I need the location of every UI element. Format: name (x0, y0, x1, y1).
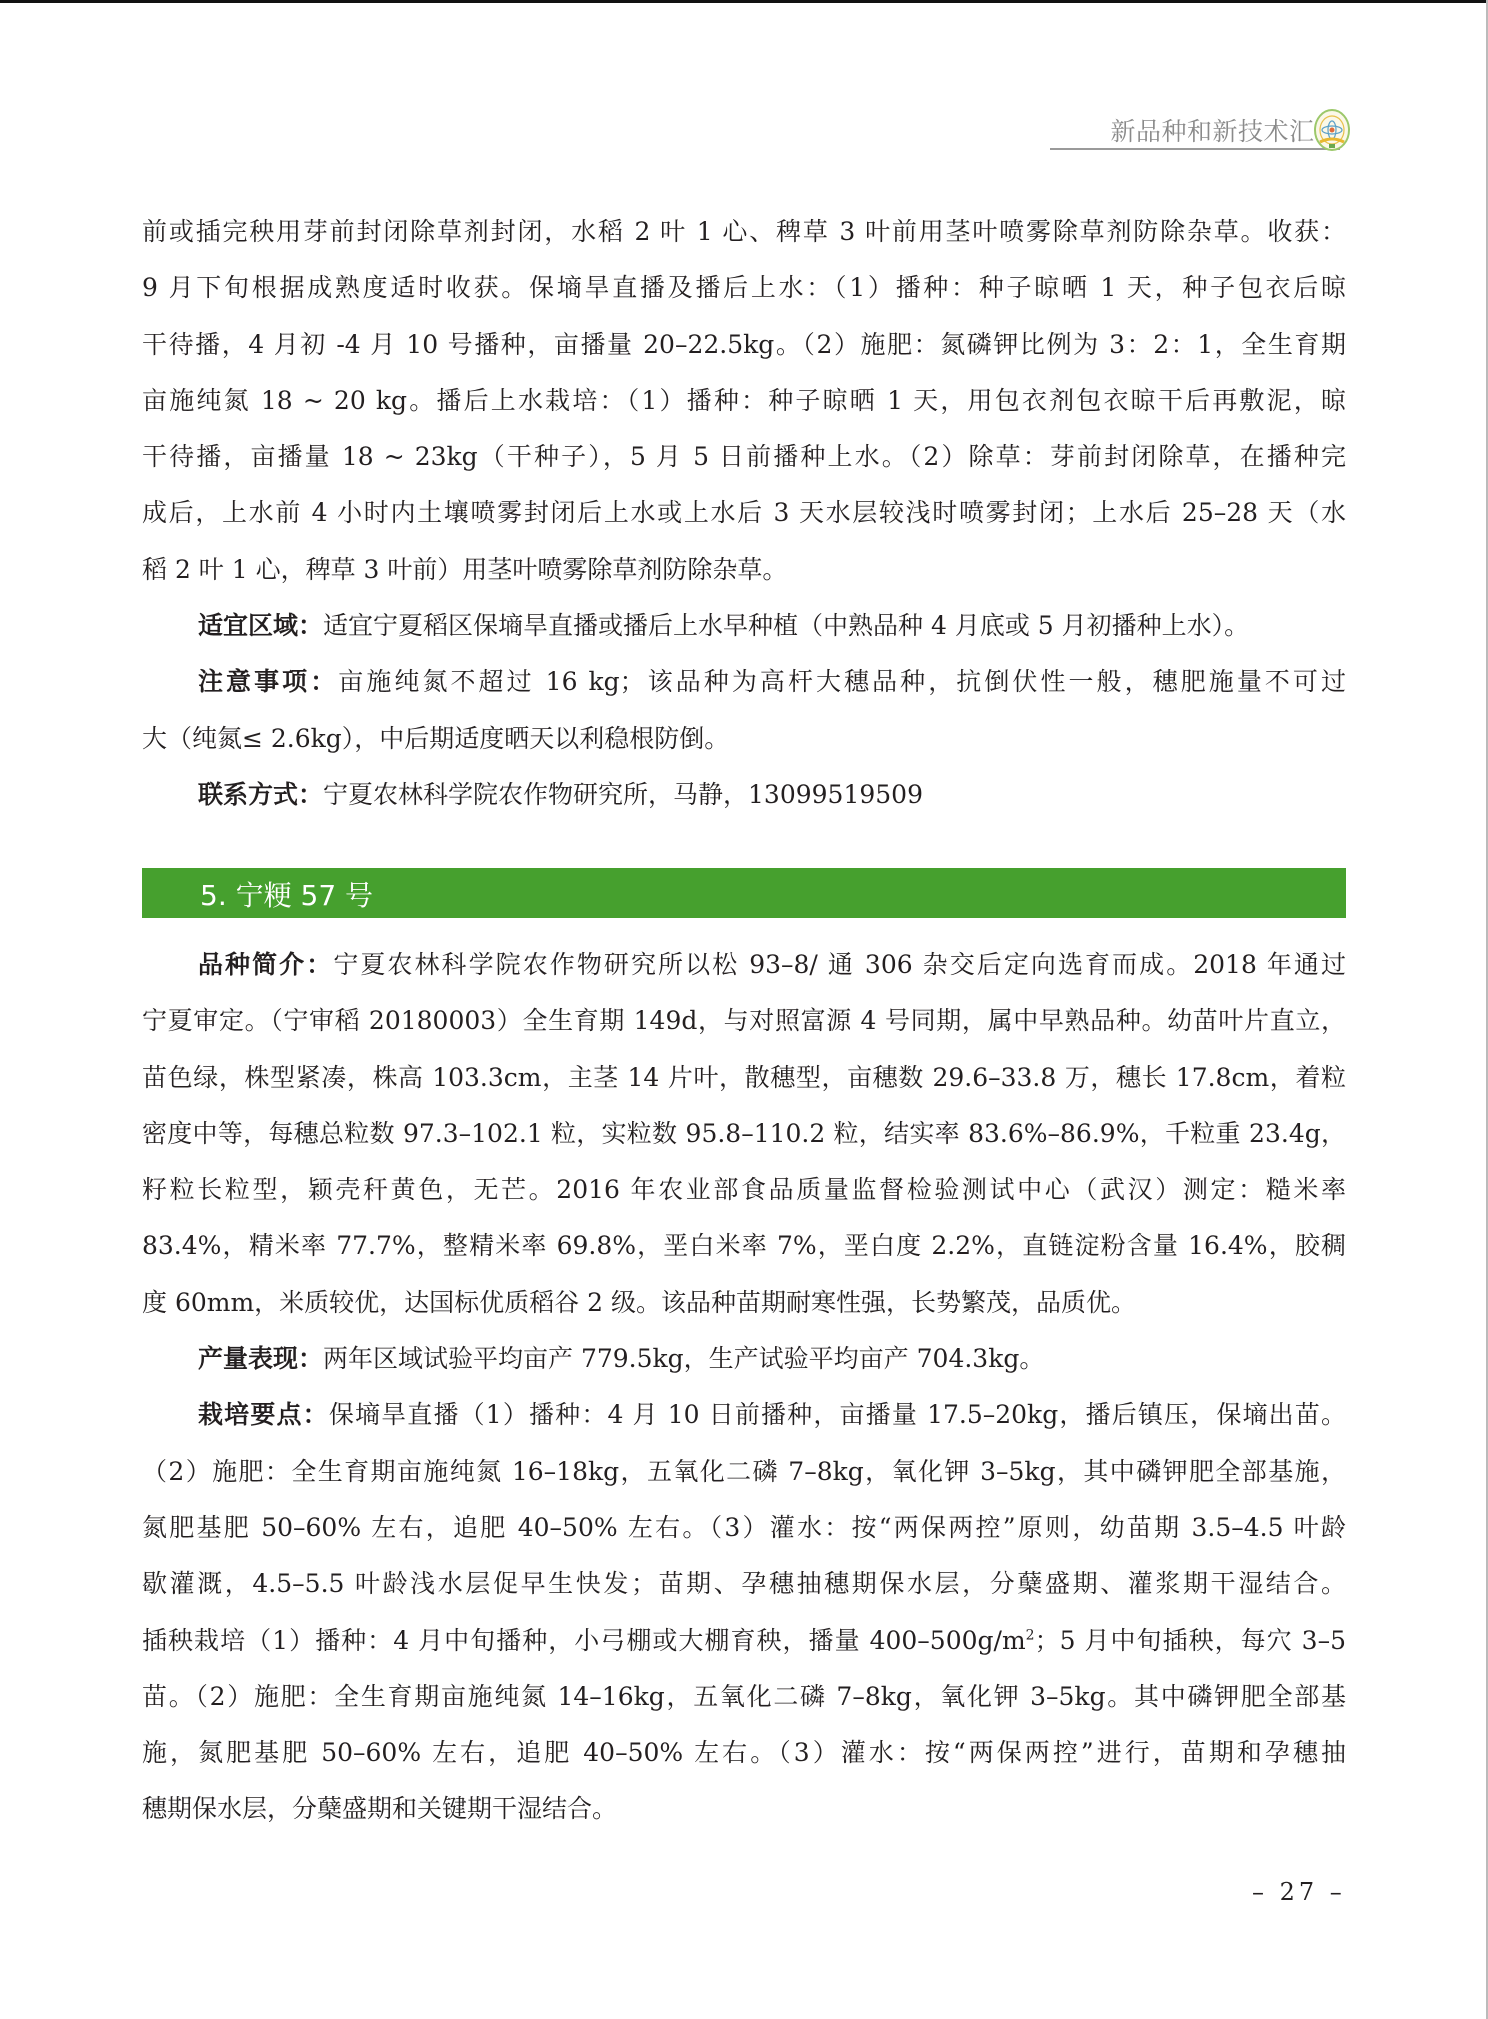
suitable-area-text: 适宜宁夏稻区保墒旱直播或播后上水早种植（中熟品种 4 月底或 5 月初播种上水）… (323, 611, 1249, 640)
intro-text: 宁夏农林科学院农作物研究所以松 93–8/ 通 306 杂交后定向选育而成。20… (333, 950, 1346, 979)
contact-paragraph: 联系方式：宁夏农林科学院农作物研究所，马静，13099519509 (142, 767, 1346, 823)
paragraph-line-transplant: 插秧栽培（1）播种：4 月中旬播种，小弓棚或大棚育秧，播量 400–500g/m… (142, 1613, 1346, 1669)
paragraph-line: 苗色绿，株型紧凑，株高 103.3cm，主茎 14 片叶，散穗型，亩穗数 29.… (142, 1050, 1346, 1106)
notes-text: 亩施纯氮不超过 16 kg；该品种为高杆大穗品种，抗倒伏性一般，穗肥施量不可过 (338, 667, 1346, 696)
page-number: – 27 – (1252, 1878, 1346, 1906)
paragraph-line: 83.4%，精米率 77.7%，整精米率 69.8%，垩白米率 7%，垩白度 2… (142, 1218, 1346, 1274)
suitable-area-paragraph: 适宜区域：适宜宁夏稻区保墒旱直播或播后上水早种植（中熟品种 4 月底或 5 月初… (142, 598, 1346, 654)
emblem-logo-icon (1312, 108, 1352, 152)
cultivation-text: 保墒旱直播（1）播种：4 月 10 日前播种，亩播量 17.5–20kg，播后镇… (329, 1400, 1346, 1429)
superscript: 2 (1026, 1627, 1035, 1643)
running-header-title: 新品种和新技术汇编 (1110, 112, 1340, 148)
suitable-area-label: 适宜区域： (198, 611, 323, 640)
yield-label: 产量表现： (198, 1344, 323, 1373)
paragraph-line: 籽粒长粒型，颖壳秆黄色，无芒。2016 年农业部食品质量监督检验测试中心（武汉）… (142, 1162, 1346, 1218)
yield-paragraph: 产量表现：两年区域试验平均亩产 779.5kg，生产试验平均亩产 704.3kg… (142, 1331, 1346, 1387)
notes-paragraph: 注意事项：亩施纯氮不超过 16 kg；该品种为高杆大穗品种，抗倒伏性一般，穗肥施… (142, 654, 1346, 710)
notes-label: 注意事项： (198, 667, 338, 696)
paragraph-line: 氮肥基肥 50–60% 左右，追肥 40–50% 左右。（3）灌水：按“两保两控… (142, 1500, 1346, 1556)
paragraph-line: 9 月下旬根据成熟度适时收获。保墒旱直播及播后上水：（1）播种：种子晾晒 1 天… (142, 260, 1346, 316)
running-header: 新品种和新技术汇编 (1050, 108, 1340, 152)
paragraph-line: 密度中等，每穗总粒数 97.3–102.1 粒，实粒数 95.8–110.2 粒… (142, 1106, 1346, 1162)
paragraph-line: 亩施纯氮 18 ~ 20 kg。播后上水栽培：（1）播种：种子晾晒 1 天，用包… (142, 373, 1346, 429)
cultivation-paragraph: 栽培要点：保墒旱直播（1）播种：4 月 10 日前播种，亩播量 17.5–20k… (142, 1387, 1346, 1443)
notes-paragraph-line: 大（纯氮≤ 2.6kg），中后期适度晒天以利稳根防倒。 (142, 711, 1346, 767)
paragraph-line: 穗期保水层，分蘖盛期和关键期干湿结合。 (142, 1781, 1346, 1837)
paragraph-line: 苗。（2）施肥：全生育期亩施纯氮 14–16kg，五氧化二磷 7–8kg，氧化钾… (142, 1669, 1346, 1725)
continued-text-block: 前或插完秧用芽前封闭除草剂封闭，水稻 2 叶 1 心、稗草 3 叶前用茎叶喷雾除… (142, 204, 1346, 823)
paragraph-line: 施，氮肥基肥 50–60% 左右，追肥 40–50% 左右。（3）灌水：按“两保… (142, 1725, 1346, 1781)
paragraph-line: 稻 2 叶 1 心，稗草 3 叶前）用茎叶喷雾除草剂防除杂草。 (142, 542, 1346, 598)
contact-label: 联系方式： (198, 780, 323, 809)
paragraph-line: 歇灌溉，4.5–5.5 叶龄浅水层促早生快发；苗期、孕穗抽穗期保水层，分蘖盛期、… (142, 1556, 1346, 1612)
intro-paragraph: 品种简介：宁夏农林科学院农作物研究所以松 93–8/ 通 306 杂交后定向选育… (142, 937, 1346, 993)
yield-text: 两年区域试验平均亩产 779.5kg，生产试验平均亩产 704.3kg。 (323, 1344, 1044, 1373)
contact-text: 宁夏农林科学院农作物研究所，马静，13099519509 (323, 780, 923, 809)
section-title: 5. 宁粳 57 号 (200, 874, 373, 914)
paragraph-line: （2）施肥：全生育期亩施纯氮 16–18kg，五氧化二磷 7–8kg，氧化钾 3… (142, 1444, 1346, 1500)
paragraph-line: 宁夏审定。（宁审稻 20180003）全生育期 149d，与对照富源 4 号同期… (142, 993, 1346, 1049)
page-top-border (0, 0, 1488, 3)
paragraph-line: 干待播，亩播量 18 ~ 23kg（干种子），5 月 5 日前播种上水。（2）除… (142, 429, 1346, 485)
paragraph-line: 前或插完秧用芽前封闭除草剂封闭，水稻 2 叶 1 心、稗草 3 叶前用茎叶喷雾除… (142, 204, 1346, 260)
paragraph-line: 度 60mm，米质较优，达国标优质稻谷 2 级。该品种苗期耐寒性强，长势繁茂，品… (142, 1275, 1346, 1331)
paragraph-line: 成后，上水前 4 小时内土壤喷雾封闭后上水或上水后 3 天水层较浅时喷雾封闭；上… (142, 485, 1346, 541)
section-body: 品种简介：宁夏农林科学院农作物研究所以松 93–8/ 通 306 杂交后定向选育… (142, 937, 1346, 1838)
header-underline (1050, 148, 1340, 150)
intro-label: 品种简介： (198, 950, 333, 979)
paragraph-line: 干待播，4 月初 -4 月 10 号播种，亩播量 20–22.5kg。（2）施肥… (142, 317, 1346, 373)
cultivation-label: 栽培要点： (198, 1400, 329, 1429)
section-heading-bar: 5. 宁粳 57 号 (142, 868, 1346, 918)
